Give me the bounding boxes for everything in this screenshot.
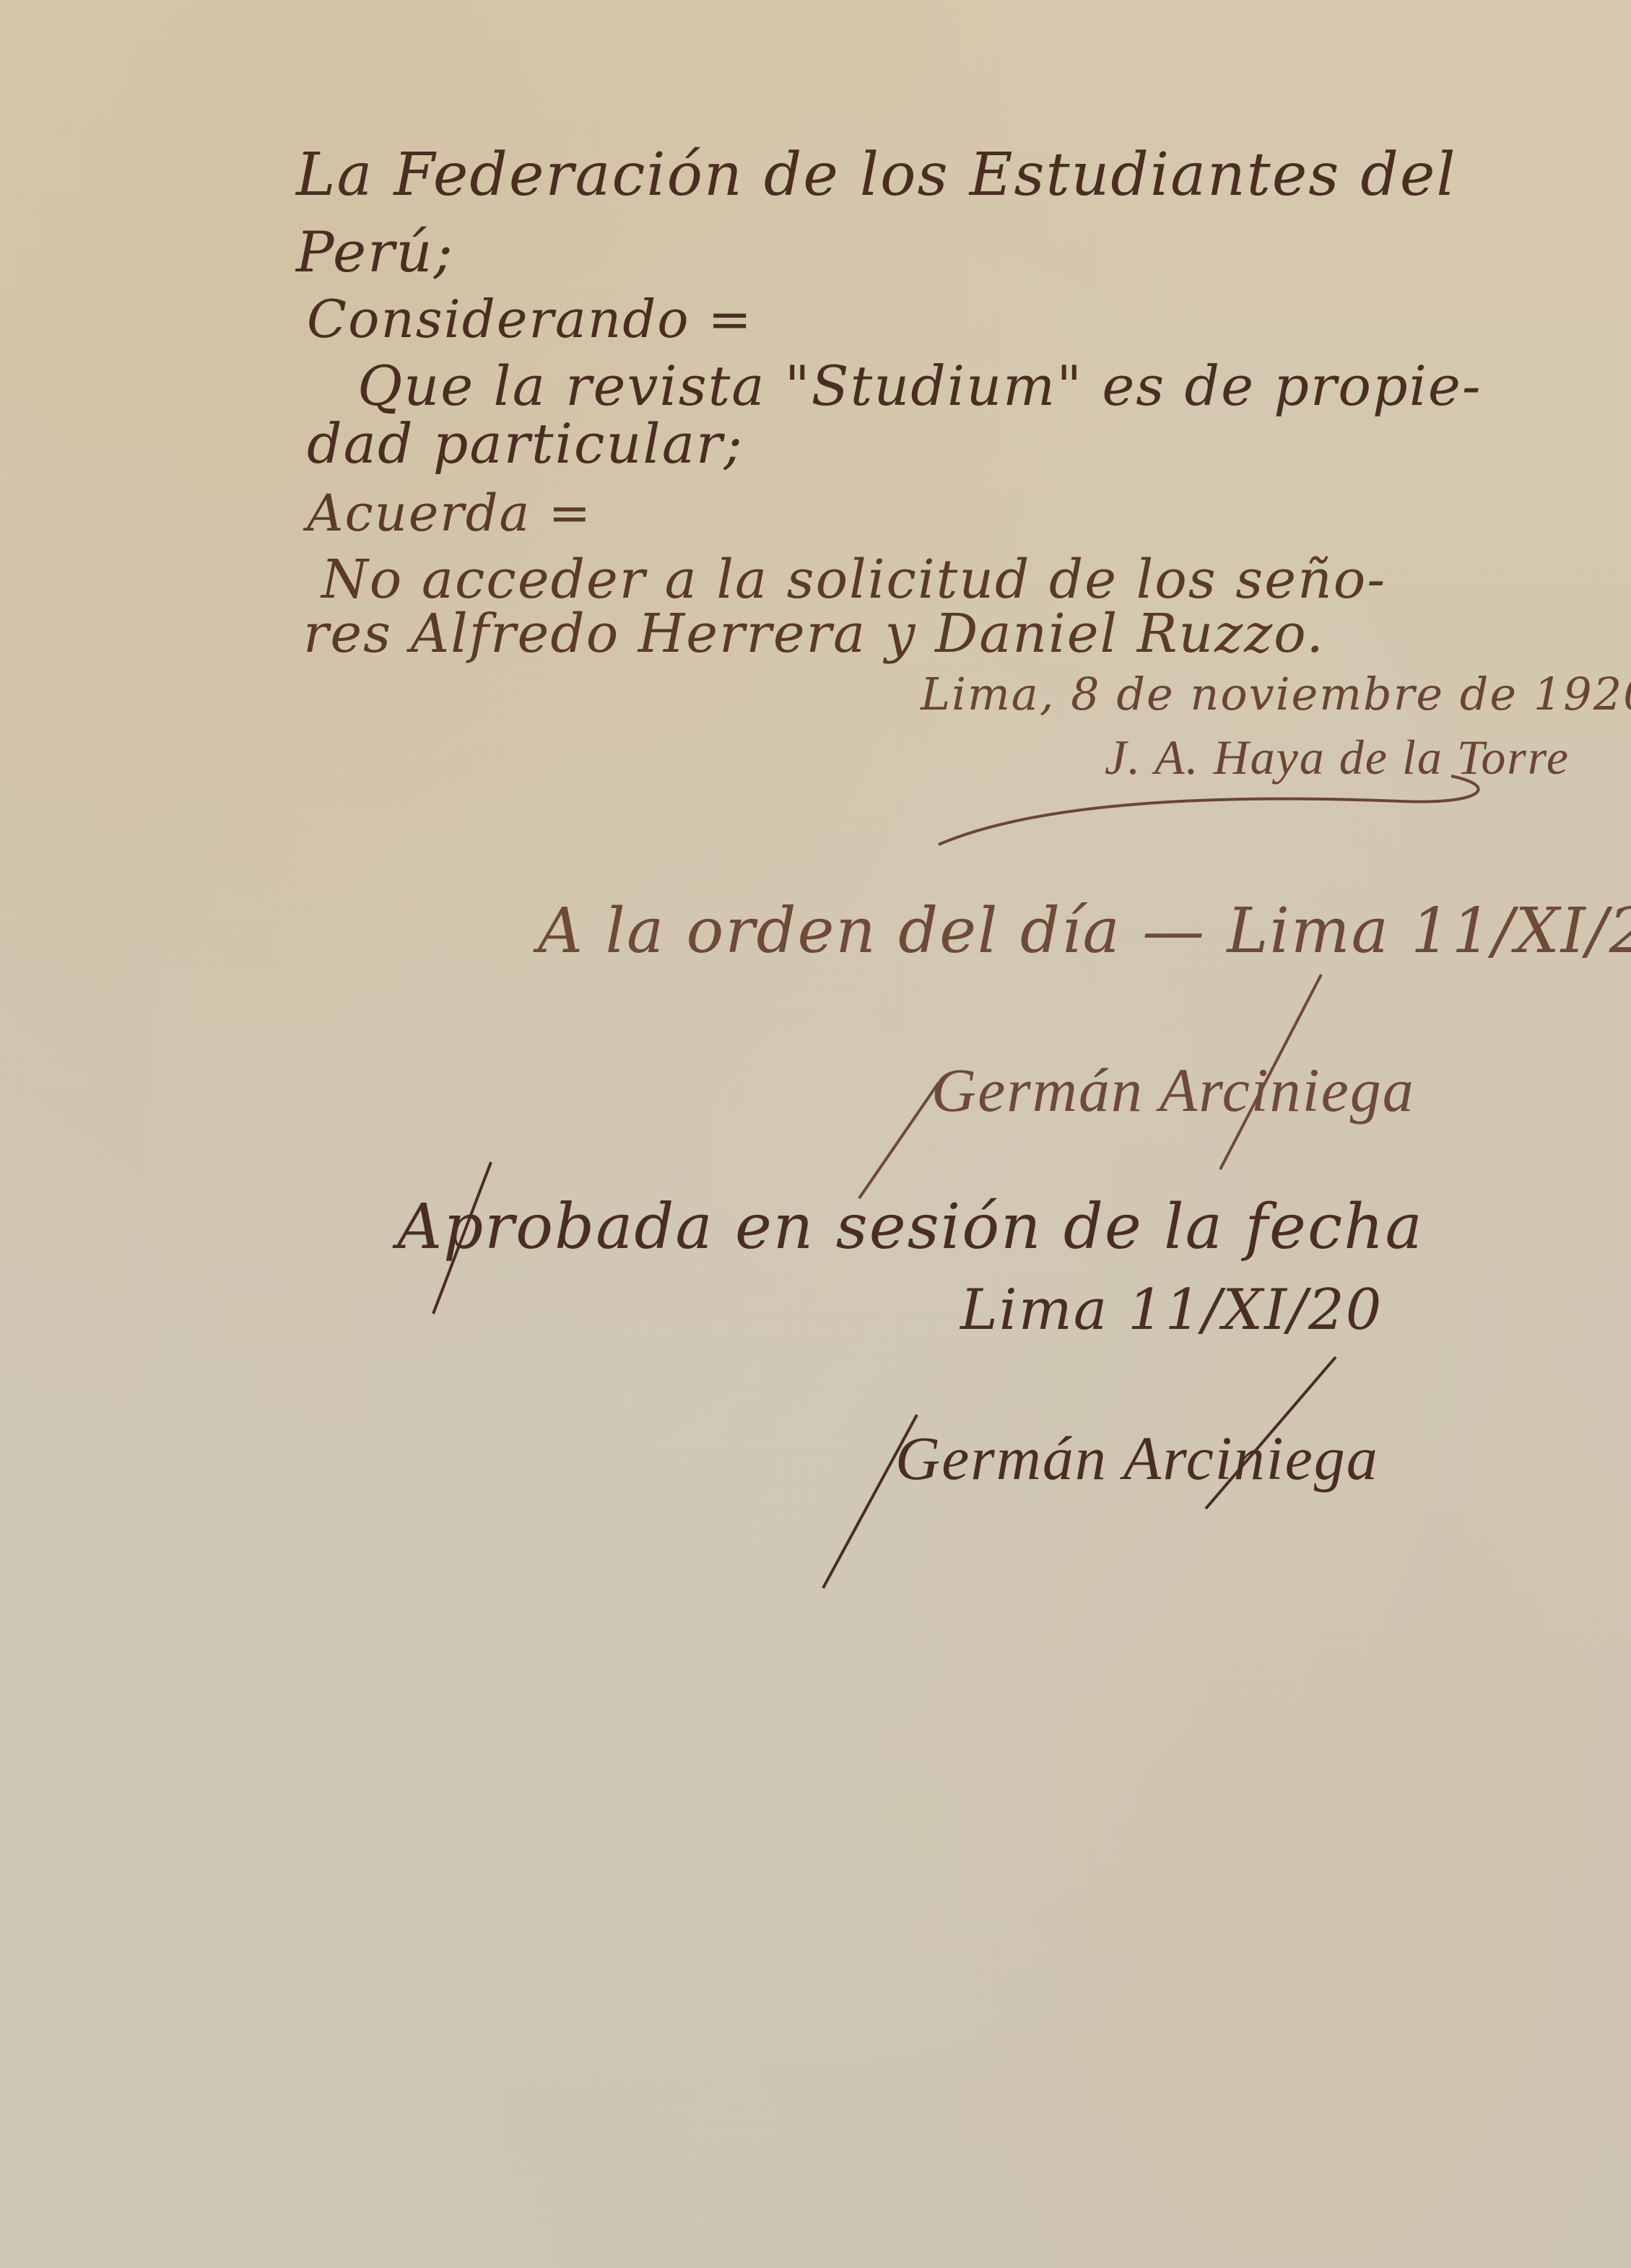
- annotation-approved: Aprobada en sesión de la fecha: [397, 1191, 1424, 1263]
- considerando-text-1: Que la revista "Studium" es de propie-: [357, 354, 1482, 418]
- signature-flourish-icon: [931, 772, 1509, 852]
- acuerda-text-2: res Alfredo Herrera y Daniel Ruzzo.: [303, 603, 1325, 665]
- header-line-2: Perú;: [296, 220, 454, 285]
- considerando-text-2: dad particular;: [307, 411, 744, 476]
- paper-background: [0, 0, 1631, 2268]
- acuerda-label: Acuerda =: [307, 484, 592, 543]
- header-line-1: La Federación de los Estudiantes del: [296, 141, 1457, 209]
- considerando-label: Considerando =: [307, 289, 753, 349]
- annotation-approved-date: Lima 11/XI/20: [960, 1278, 1383, 1343]
- annotation-order-of-day: A la orden del día — Lima 11/XI/20: [538, 895, 1631, 967]
- signature-annotation-1: Germán Arciniega: [931, 1054, 1415, 1126]
- signature-annotation-2: Germán Arciniega: [895, 1422, 1379, 1494]
- acuerda-text-1: No acceder a la solicitud de los seño-: [321, 549, 1386, 611]
- dateline: Lima, 8 de noviembre de 1920.: [921, 668, 1631, 720]
